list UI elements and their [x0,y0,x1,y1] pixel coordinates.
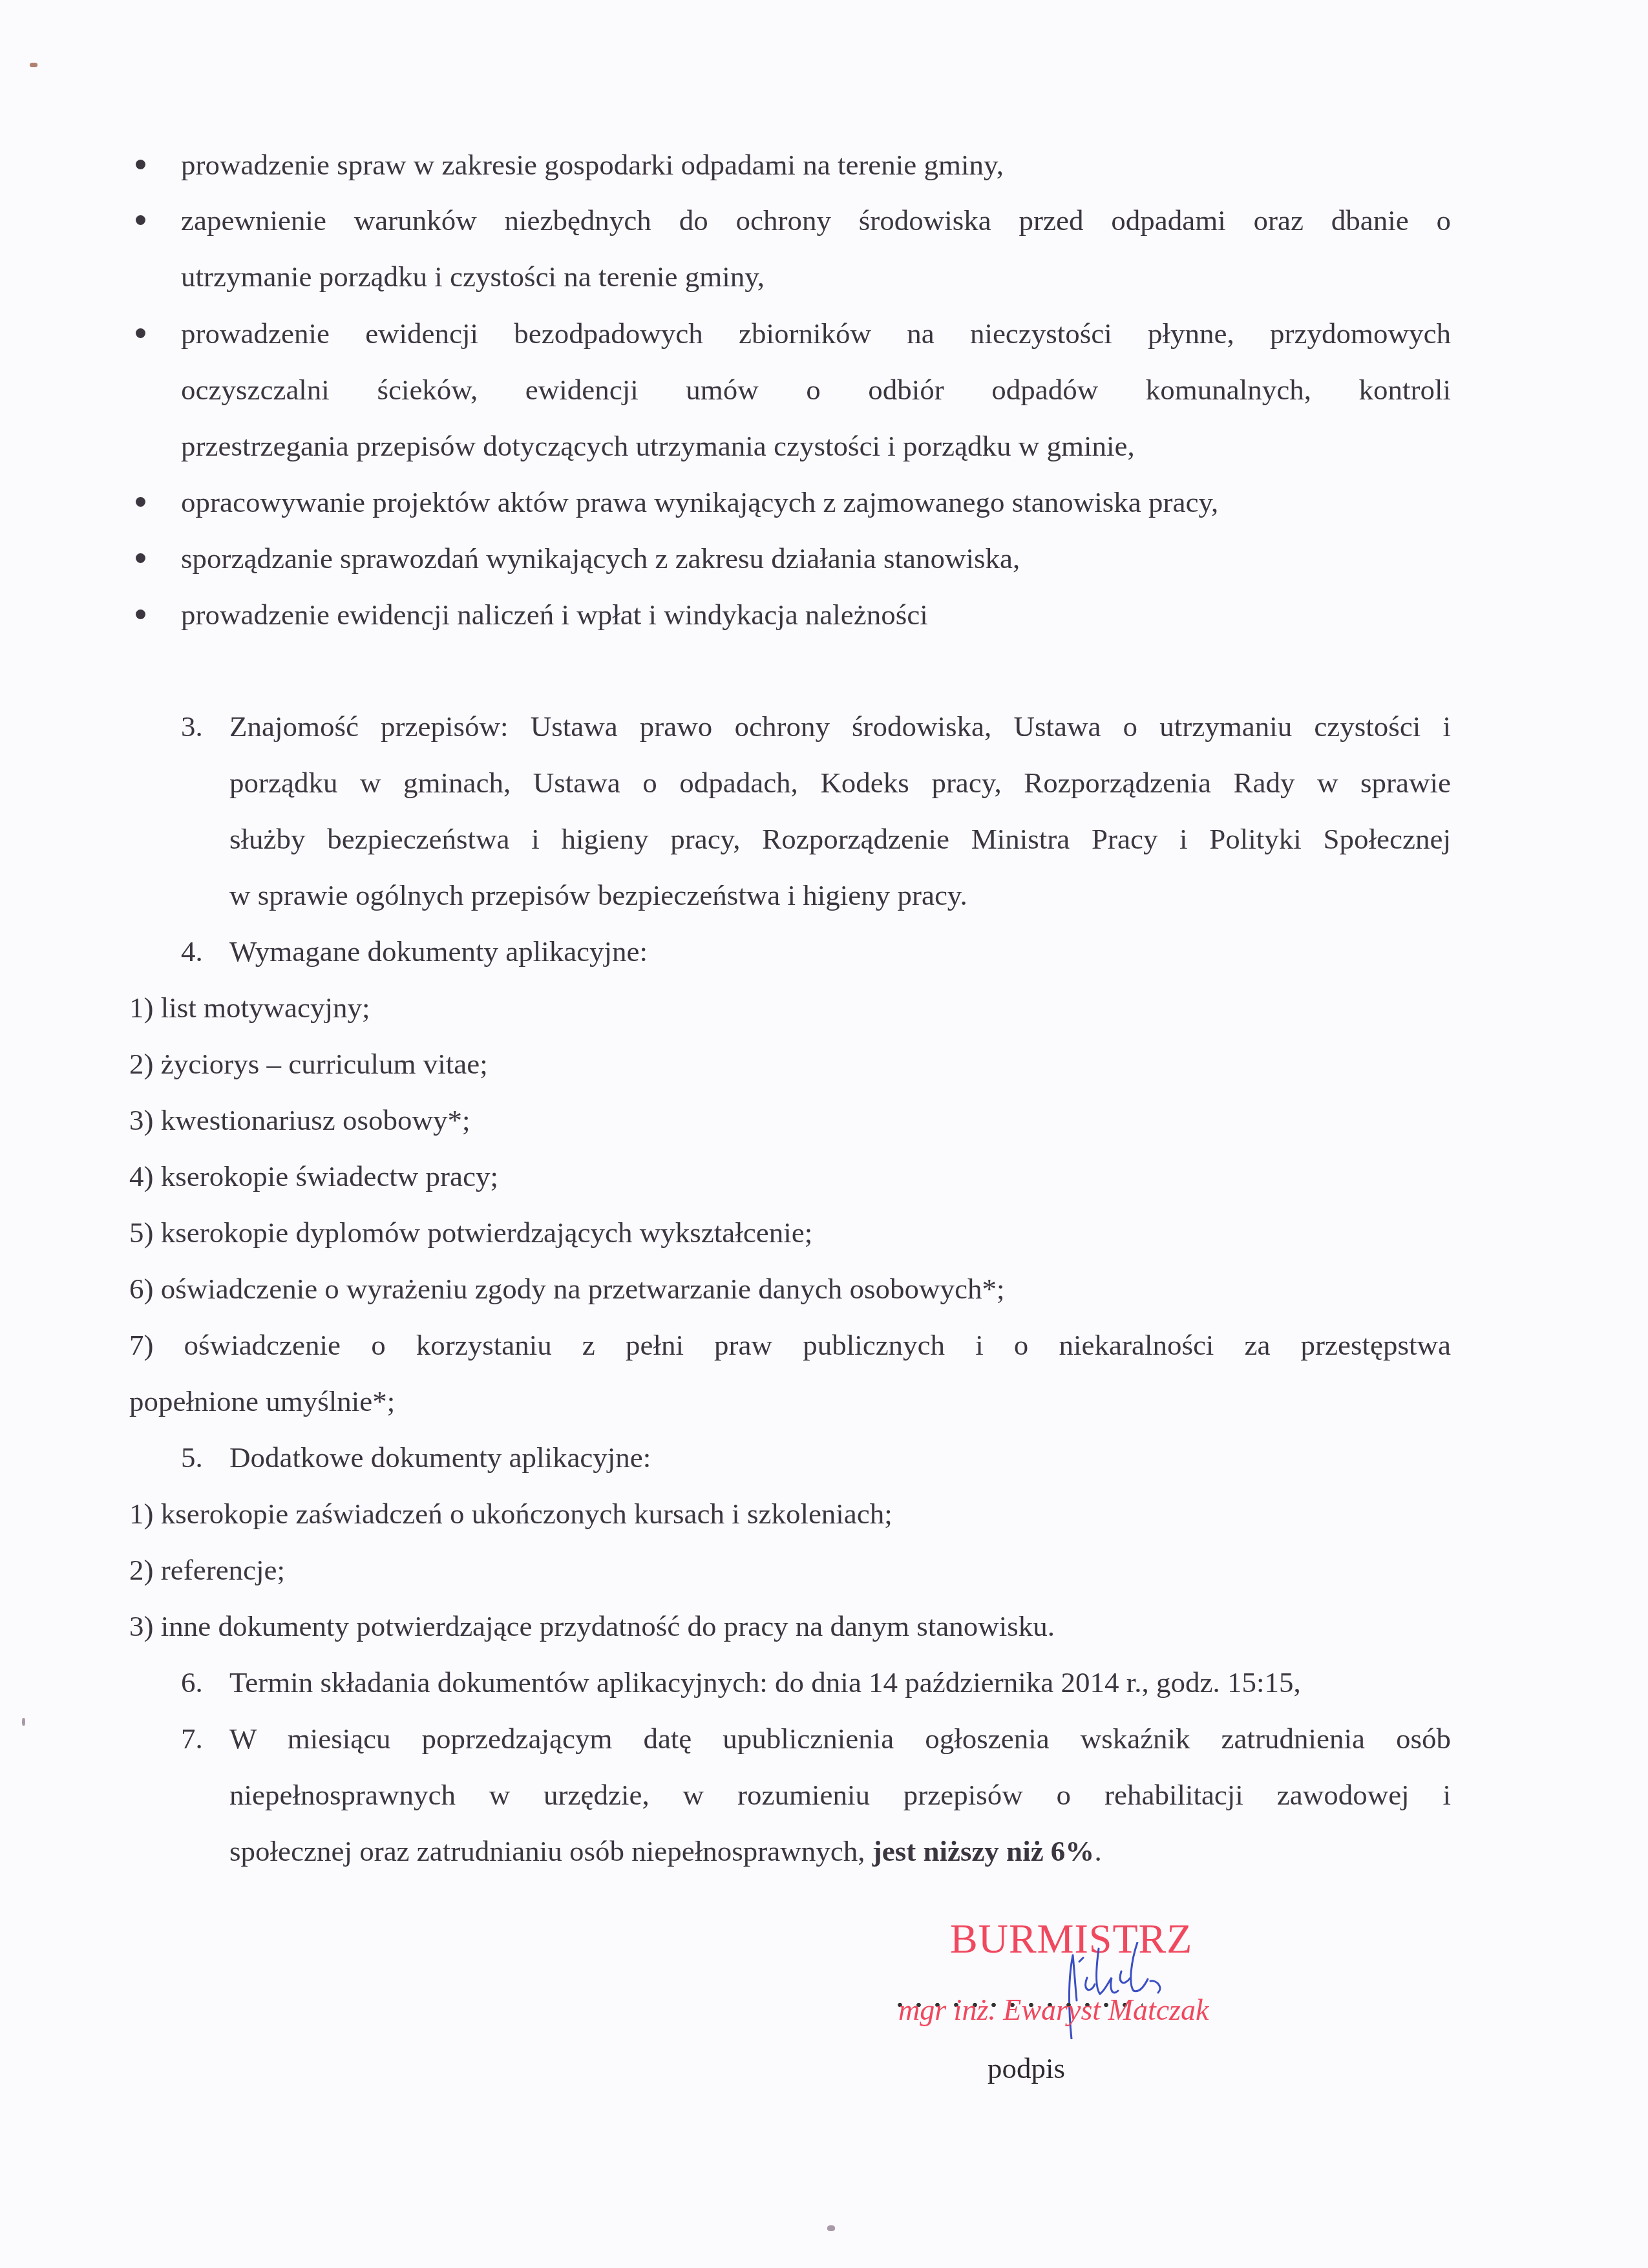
required-document-item: 5) kserokopie dyplomów potwierdzających … [129,1213,812,1252]
required-document-item: 1) list motywacyjny; [129,988,370,1027]
stamp-name: mgr inż. Ewaryst Matczak [898,1991,1209,2030]
bullet-item-text: opracowywanie projektów aktów prawa wyni… [181,483,1218,522]
section-text-regular: społecznej oraz zatrudnianiu osób niepeł… [229,1835,872,1867]
bullet-item-text: przestrzegania przepisów dotyczących utr… [181,427,1135,465]
section-number: 4. [181,932,203,971]
section-text: służby bezpieczeństwa i higieny pracy, R… [229,820,1451,858]
required-document-item: 3) kwestionariusz osobowy*; [129,1101,470,1139]
bullet-icon [136,609,145,619]
section-text: porządku w gminach, Ustawa o odpadach, K… [229,763,1451,802]
section-number: 3. [181,707,203,746]
required-document-item: 6) oświadczenie o wyrażeniu zgody na prz… [129,1269,1004,1308]
scan-speck [827,2225,835,2231]
section-text: Znajomość przepisów: Ustawa prawo ochron… [229,707,1451,746]
section-number: 6. [181,1663,203,1702]
bullet-item-text: prowadzenie spraw w zakresie gospodarki … [181,145,1004,184]
required-document-item: 4) kserokopie świadectw pracy; [129,1157,498,1196]
additional-document-item: 2) referencje; [129,1551,285,1589]
bullet-icon [136,215,145,225]
bullet-item-text: sporządzanie sprawozdań wynikających z z… [181,539,1020,578]
bullet-icon [136,160,145,169]
section-text: niepełnosprawnych w urzędzie, w rozumien… [229,1775,1451,1814]
document-page: prowadzenie spraw w zakresie gospodarki … [0,0,1648,2268]
bullet-item-text: utrzymanie porządku i czystości na teren… [181,257,765,296]
indicator-bold-text: jest niższy niż 6% [872,1835,1095,1867]
section-title: Wymagane dokumenty aplikacyjne: [229,932,648,971]
bullet-icon [136,328,145,338]
bullet-item-text: prowadzenie ewidencji naliczeń i wpłat i… [181,595,928,634]
section-text: W miesiącu poprzedzającym datę upubliczn… [229,1719,1451,1758]
additional-document-item: 1) kserokopie zaświadczeń o ukończonych … [129,1494,893,1533]
section-number: 7. [181,1719,203,1758]
required-document-item: popełnione umyślnie*; [129,1382,395,1421]
section-text: w sprawie ogólnych przepisów bezpieczeńs… [229,876,967,915]
bullet-item-text: prowadzenie ewidencji bezodpadowych zbio… [181,314,1451,353]
section-number: 5. [181,1438,203,1477]
signature-caption: podpis [988,2049,1065,2088]
required-document-item: 7) oświadczenie o korzystaniu z pełni pr… [129,1326,1451,1364]
required-document-item: 2) życiorys – curriculum vitae; [129,1044,488,1083]
section-title: Dodatkowe dokumenty aplikacyjne: [229,1438,651,1477]
section-text-end: . [1094,1835,1101,1867]
section-text: społecznej oraz zatrudnianiu osób niepeł… [229,1832,1102,1871]
bullet-icon [136,497,145,507]
deadline-text: Termin składania dokumentów aplikacyjnyc… [229,1663,1301,1702]
bullet-item-text: zapewnienie warunków niezbędnych do ochr… [181,201,1451,240]
additional-document-item: 3) inne dokumenty potwierdzające przydat… [129,1607,1055,1646]
scan-speck [22,1718,25,1726]
scan-speck [30,63,37,67]
bullet-item-text: oczyszczalni ścieków, ewidencji umów o o… [181,370,1451,409]
bullet-icon [136,553,145,563]
